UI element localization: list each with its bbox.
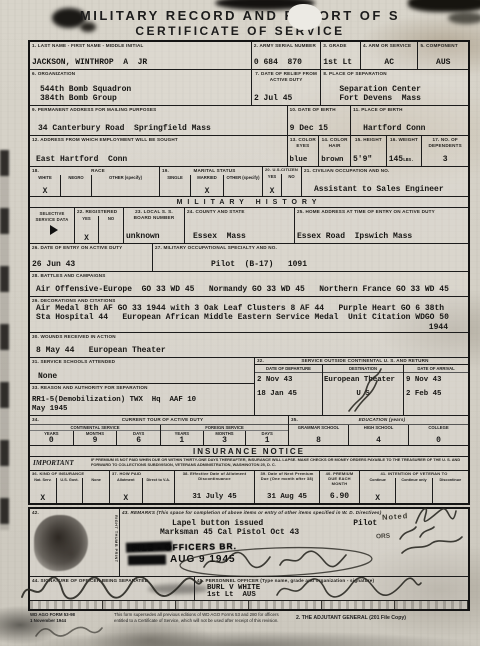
f39-label: 39. Date of Next Premium Due (One month …	[257, 472, 317, 482]
f2-label: 2. ARMY SERIAL NUMBER	[254, 43, 318, 49]
f21-label: 21. CIVILIAN OCCUPATION AND NO.	[304, 168, 466, 174]
f8-value-1: Separation Center	[323, 85, 466, 95]
f11-value: Hartford Conn	[353, 124, 466, 134]
field-31-33-group: 31. SERVICE SCHOOLS ATTENDED None 33. RE…	[30, 358, 255, 415]
selective-service-arrow-icon	[50, 225, 58, 235]
field-decorations: 29. DECORATIONS AND CITATIONS Air Medal …	[30, 297, 468, 332]
for-days: DAYS1	[246, 431, 288, 445]
f8-label: 8. PLACE OF SEPARATION	[323, 71, 466, 77]
marital-married-mark: X	[192, 187, 222, 196]
f26-label: 26. DATE OF ENTRY ON ACTIVE DUTY	[32, 245, 150, 251]
f25-value: Essex Road Ipswich Mass	[297, 232, 466, 242]
file-officers-stamp: FILE - OFFICERS BR.	[132, 541, 237, 553]
registered-yes: YES X	[75, 216, 99, 244]
field-employment-address: 12. ADDRESS FROM WHICH EMPLOYMENT WILL B…	[30, 136, 288, 166]
f42-thumb-label: RIGHT THUMB PRINT	[114, 515, 118, 563]
marital-married-label: MARRIED	[192, 175, 222, 180]
field-organization: 6. ORGANIZATION 544th Bomb Squadron 384t…	[30, 70, 252, 105]
f21-value: Assistant to Sales Engineer	[304, 185, 466, 195]
f19-label: 19.	[162, 168, 169, 174]
field-component: 5. COMPONENT AUS	[418, 42, 468, 69]
f6-label: 6. ORGANIZATION	[32, 71, 249, 77]
form-main: 1. LAST NAME - FIRST NAME - MIDDLE INITI…	[28, 40, 470, 505]
field-current-tour: 34. CURRENT TOUR OF ACTIVE DUTY CONTINEN…	[30, 416, 289, 445]
f6-value-2: 384th Bomb Group	[32, 94, 249, 104]
f14-value: brown	[321, 156, 348, 165]
f9-value: 34 Canterbury Road Springfield Mass	[32, 124, 285, 134]
section-military-history: MILITARY HISTORY	[30, 197, 468, 208]
field-color-eyes: 13. COLOR EYES blue	[288, 136, 320, 166]
marital-other: OTHER (specify)	[224, 175, 262, 197]
f39-value: 31 Aug 45	[257, 493, 317, 502]
field-remarks: 43. REMARKS (This space for completion o…	[120, 509, 468, 576]
continental-service: CONTINENTAL SERVICE YEARS0 MONTHS9 DAYS6	[30, 425, 161, 446]
bottom-left-handwriting	[34, 622, 104, 646]
title-line-2: CERTIFICATE OF SERVICE	[0, 24, 480, 38]
cont-months: MONTHS9	[74, 431, 118, 445]
field-height: 15. HEIGHT 5'9"	[351, 136, 387, 166]
edu-college: COLLEGE0	[409, 425, 468, 446]
f32-departure-1: 2 Nov 43	[255, 373, 322, 385]
f11-label: 11. PLACE OF BIRTH	[353, 107, 466, 113]
intent-continue-label: Continue	[361, 478, 394, 483]
f29-line-1: Air Medal 8th AF GO 33 1944 with 3 Oak L…	[32, 304, 466, 314]
f44-label: 44. SIGNATURE OF OFFICER BEING SEPARATED	[32, 578, 192, 584]
f5-value: AUS	[420, 58, 466, 68]
ins-none-label: None	[84, 478, 108, 483]
field-battles-campaigns: 28. BATTLES AND CAMPAIGNS Air Offensive-…	[30, 272, 468, 296]
field-color-hair: 14. COLOR HAIR brown	[319, 136, 351, 166]
for-days-label: DAYS	[247, 431, 287, 436]
field-weight: 16. WEIGHT 145LBS.	[387, 136, 423, 166]
f34-label: 34.	[32, 417, 39, 423]
f7-value: 2 Jul 45	[254, 94, 318, 104]
field-wounds: 30. WOUNDS RECEIVED IN ACTION 8 May 44 E…	[30, 333, 468, 357]
f40-label: 40. PREMIUM DUE EACH MONTH	[322, 472, 357, 486]
f34-title: CURRENT TOUR OF ACTIVE DUTY	[39, 417, 286, 423]
date-received-stamp: AUG 9 1945	[170, 554, 236, 565]
f32-destination-1: European Theater	[323, 373, 403, 385]
form-number: WD AGO FORM 53-98 1 November 1944	[30, 612, 102, 623]
f32-departure-2: 18 Jan 45	[255, 384, 322, 399]
edu-college-label: COLLEGE	[410, 425, 467, 430]
f13-value: blue	[290, 156, 317, 165]
f24-value: Essex Mass	[187, 232, 292, 242]
noted-stamp: Noted	[382, 511, 409, 522]
field-service-outside: 32. SERVICE OUTSIDE CONTINENTAL U. S. AN…	[255, 358, 468, 415]
thumbprint-image	[34, 515, 88, 571]
cont-years: YEARS0	[30, 431, 74, 445]
sel-label: SELECTIVE SERVICE DATA	[32, 211, 72, 221]
citizen-yes-mark: X	[264, 187, 280, 196]
for-months-value: 3	[205, 436, 245, 445]
destination-column: DESTINATION European Theater U S	[323, 365, 404, 416]
f4-label: 4. ARM OR SERVICE	[363, 43, 416, 49]
intent-continue-mark: X	[361, 494, 394, 503]
field-date-entry-active-duty: 26. DATE OF ENTRY ON ACTIVE DUTY 26 Jun …	[30, 244, 153, 271]
field-local-board: 23. LOCAL S. S. BOARD NUMBER unknown	[124, 208, 185, 243]
f13-label: 13. COLOR EYES	[290, 137, 317, 148]
edu-high-label: HIGH SCHOOL	[350, 425, 407, 430]
f20-label: 20. U.S.CITIZEN	[265, 168, 298, 173]
field-grade: 3. GRADE 1st Lt	[321, 42, 361, 69]
for-years-label: YEARS	[162, 431, 202, 436]
ins-nat-serv: Nat. Serv.X	[30, 478, 57, 503]
edu-grammar-value: 8	[290, 436, 347, 445]
f26-value: 26 Jun 43	[32, 260, 150, 270]
f33-value-1: RR1-5(Demobilization) TWX Hq AAF 10	[32, 396, 252, 405]
f29-line-3: 1944	[32, 323, 466, 333]
cont-months-value: 9	[75, 436, 116, 445]
f24-label: 24. COUNTY AND STATE	[187, 209, 292, 215]
cont-days: DAYS6	[117, 431, 160, 445]
race-other-label: OTHER (specify)	[93, 175, 158, 180]
scan-edge-artifact	[0, 150, 9, 530]
citizen-no: NO	[282, 174, 301, 196]
f35-title: EDUCATION (years)	[298, 417, 466, 423]
f12-value: East Hartford Conn	[32, 155, 285, 165]
f2-value: 0 684 870	[254, 58, 318, 68]
f27-label: 27. MILITARY OCCUPATIONAL SPECIALTY AND …	[155, 245, 466, 251]
cont-days-label: DAYS	[118, 431, 159, 436]
edu-high: HIGH SCHOOL4	[349, 425, 409, 446]
f5-label: 5. COMPONENT	[420, 43, 466, 49]
f38-label: 38. Effective Date of Allotment Disconti…	[177, 472, 252, 482]
f42-label: 42.	[32, 510, 117, 516]
f23-label: 23. LOCAL S. S. BOARD NUMBER	[126, 209, 182, 220]
foreign-service: FOREIGN SERVICE YEARS1 MONTHS3 DAYS1	[161, 425, 288, 446]
paid-allotment-label: Allotment	[111, 478, 141, 483]
citizen-yes-label: YES	[264, 174, 280, 179]
field-dependents: 17. NO. OF DEPENDENTS 3	[422, 136, 468, 166]
ink-smear	[128, 555, 166, 566]
f28-label: 28. BATTLES AND CAMPAIGNS	[32, 273, 466, 279]
scanned-separation-document: MILITARY RECORD AND REPORT OF S CERTIFIC…	[0, 0, 480, 646]
form-lower: 42. RIGHT THUMB PRINT 43. REMARKS (This …	[28, 507, 470, 611]
for-years-value: 1	[162, 436, 202, 445]
field-race: 18. RACE WHITE X NEGRO OTHER (specify)	[30, 167, 160, 196]
f1-value: JACKSON, WINTHROP A JR	[32, 58, 249, 68]
field-home-address-entry: 25. HOME ADDRESS AT TIME OF ENTRY ON ACT…	[295, 208, 468, 243]
important-label: IMPORTANT	[33, 459, 91, 469]
strip-cell	[30, 601, 103, 609]
f18-title: RACE	[39, 168, 157, 174]
footer-note: This form supersedes all previous editio…	[114, 612, 282, 623]
f23-value: unknown	[126, 232, 182, 242]
field-mos: 27. MILITARY OCCUPATIONAL SPECIALTY AND …	[153, 244, 468, 271]
f10-value: 9 Dec 15	[290, 124, 348, 134]
intent-discontinue-label: Discontinue	[434, 478, 467, 483]
f43-line-1b: Pilot	[263, 519, 377, 529]
fine-print-strip	[30, 601, 468, 609]
f15-value: 5'9"	[353, 155, 384, 165]
cont-months-label: MONTHS	[75, 431, 116, 436]
race-other: OTHER (specify)	[92, 175, 159, 197]
paid-direct-label: Direct to V.A.	[144, 478, 174, 483]
race-negro: NEGRO	[61, 175, 92, 197]
f36-label: 36. KIND OF INSURANCE	[32, 472, 84, 477]
paid-direct: Direct to V.A.	[143, 478, 175, 503]
registered-no-label: NO	[100, 216, 122, 221]
edu-grammar-label: GRAMMAR SCHOOL	[290, 425, 347, 430]
f22-label: 22. REGISTERED	[77, 209, 117, 215]
f32-label: 32.	[257, 358, 264, 364]
marital-married: MARRIED X	[191, 175, 224, 197]
f8-value-2: Fort Devens Mass	[323, 94, 466, 104]
registered-yes-mark: X	[76, 234, 97, 243]
footer-copy-designation: 2. THE ADJUTANT GENERAL (201 File Copy)	[296, 615, 406, 623]
cont-years-label: YEARS	[31, 431, 72, 436]
f32-arrival-2: 2 Feb 45	[404, 384, 468, 399]
document-title: MILITARY RECORD AND REPORT OF S CERTIFIC…	[0, 8, 480, 38]
f33-value-2: May 1945	[32, 405, 252, 414]
f17-value: 3	[424, 155, 466, 165]
field-education: 35. EDUCATION (years) GRAMMAR SCHOOL8 HI…	[289, 416, 468, 445]
field-place-of-separation: 8. PLACE OF SEPARATION Separation Center…	[321, 70, 468, 105]
f19-title: MARITAL STATUS	[169, 168, 260, 174]
f32-col2-header: DESTINATION	[323, 365, 403, 373]
f14-label: 14. COLOR HAIR	[321, 137, 348, 148]
field-date-of-relief: 7. DATE OF RELIEF FROM ACTIVE DUTY 2 Jul…	[252, 70, 321, 105]
race-white-mark: X	[31, 187, 59, 196]
race-white-label: WHITE	[31, 175, 59, 180]
f32-destination-2: U S	[323, 384, 403, 399]
field-how-paid: 37. HOW PAID AllotmentX Direct to V.A.	[110, 471, 175, 503]
f43-line-1: Lapel button issued	[122, 519, 263, 529]
f4-value: AC	[363, 58, 416, 68]
field-service-schools: 31. SERVICE SCHOOLS ATTENDED None	[30, 358, 254, 384]
cont-days-value: 6	[118, 436, 159, 445]
ins-us-govt-label: U.S. Govt.	[58, 478, 82, 483]
f12-label: 12. ADDRESS FROM WHICH EMPLOYMENT WILL B…	[32, 137, 285, 143]
for-days-value: 1	[247, 436, 287, 445]
ins-us-govt: U.S. Govt.	[57, 478, 84, 503]
f32-arrival-1: 9 Nov 43	[404, 373, 468, 385]
strip-cell	[103, 601, 176, 609]
field-reason-separation: 33. REASON AND AUTHORITY FOR SEPARATION …	[30, 384, 254, 415]
for-years: YEARS1	[161, 431, 204, 445]
marital-single-label: SINGLE	[161, 175, 189, 180]
important-text: IF PREMIUM IS NOT PAID WHEN DUE OR WITHI…	[91, 458, 465, 469]
strip-cell	[176, 601, 249, 609]
section-insurance-notice: INSURANCE NOTICE	[30, 446, 468, 457]
form-footer: WD AGO FORM 53-98 1 November 1944 This f…	[30, 612, 468, 623]
insurance-important-notice: IMPORTANT IF PREMIUM IS NOT PAID WHEN DU…	[30, 457, 468, 471]
f40-value: 6.90	[322, 492, 357, 502]
f29-line-2: Sta Hospital 44 European African Middle …	[32, 313, 466, 323]
f32-col1-header: DATE OF DEPARTURE	[255, 365, 322, 373]
f18-label: 18.	[32, 168, 39, 174]
f41-label: 41. INTENTION OF VETERAN TO	[362, 472, 466, 477]
edu-grammar: GRAMMAR SCHOOL8	[289, 425, 349, 446]
f43-line-2: Marksman 45 Cal Pistol Oct 43	[122, 528, 466, 538]
f28-value: Air Offensive-Europe GO 33 WD 45 Normand…	[32, 285, 466, 295]
field-county-state: 24. COUNTY AND STATE Essex Mass	[185, 208, 295, 243]
f17-label: 17. NO. OF DEPENDENTS	[424, 137, 466, 148]
f37-label: 37. HOW PAID	[112, 472, 141, 477]
title-line-1: MILITARY RECORD AND REPORT OF S	[0, 8, 480, 23]
field-last-name: 1. LAST NAME - FIRST NAME - MIDDLE INITI…	[30, 42, 252, 69]
race-negro-label: NEGRO	[62, 175, 90, 180]
citizen-no-label: NO	[283, 174, 300, 179]
ins-nat-serv-mark: X	[31, 494, 55, 503]
field-allotment-discontinuance: 38. Effective Date of Allotment Disconti…	[175, 471, 255, 503]
f16-number: 145	[389, 155, 403, 164]
ors-stamp: ORS	[376, 533, 390, 541]
ins-none: None	[83, 478, 109, 503]
f9-label: 9. PERMANENT ADDRESS FOR MAILING PURPOSE…	[32, 107, 285, 113]
f7-label: 7. DATE OF RELIEF FROM ACTIVE DUTY	[254, 71, 318, 82]
intent-continue: ContinueX	[360, 478, 396, 503]
field-permanent-address: 9. PERMANENT ADDRESS FOR MAILING PURPOSE…	[30, 106, 288, 135]
for-months-label: MONTHS	[205, 431, 245, 436]
f15-label: 15. HEIGHT	[353, 137, 384, 143]
field-thumb-print: 42. RIGHT THUMB PRINT	[30, 509, 120, 576]
field-kind-of-insurance: 36. KIND OF INSURANCE Nat. Serv.X U.S. G…	[30, 471, 110, 503]
citizen-yes: YES X	[263, 174, 282, 196]
strip-cell	[395, 601, 468, 609]
strip-cell	[322, 601, 395, 609]
f32-title: SERVICE OUTSIDE CONTINENTAL U. S. AND RE…	[264, 358, 466, 364]
field-civilian-occupation: 21. CIVILIAN OCCUPATION AND NO. Assistan…	[302, 167, 468, 196]
ins-nat-serv-label: Nat. Serv.	[31, 478, 55, 483]
field-personnel-officer: 45. PERSONNEL OFFICER (Type name, grade …	[195, 577, 468, 600]
for-months: MONTHS3	[204, 431, 247, 445]
f45-grade: 1st Lt AUS	[197, 591, 466, 600]
cont-years-value: 0	[31, 436, 72, 445]
registered-yes-label: YES	[76, 216, 97, 221]
field-separatee-signature: 44. SIGNATURE OF OFFICER BEING SEPARATED	[30, 577, 195, 600]
field-place-of-birth: 11. PLACE OF BIRTH Hartford Conn	[351, 106, 468, 135]
field-date-of-birth: 10. DATE OF BIRTH 9 Dec 15	[288, 106, 351, 135]
edu-college-value: 0	[410, 436, 467, 445]
field-serial-number: 2. ARMY SERIAL NUMBER 0 684 870	[252, 42, 321, 69]
f31-value: None	[32, 372, 252, 382]
field-premium-due: 40. PREMIUM DUE EACH MONTH 6.90	[320, 471, 360, 503]
f10-label: 10. DATE OF BIRTH	[290, 107, 348, 113]
f25-label: 25. HOME ADDRESS AT TIME OF ENTRY ON ACT…	[297, 209, 466, 215]
marital-single: SINGLE	[160, 175, 191, 197]
f6-value-1: 544th Bomb Squadron	[32, 85, 249, 95]
f33-label: 33. REASON AND AUTHORITY FOR SEPARATION	[32, 385, 252, 391]
departure-column: DATE OF DEPARTURE 2 Nov 43 18 Jan 45	[255, 365, 323, 416]
paid-allotment: AllotmentX	[110, 478, 143, 503]
arrival-column: DATE OF ARRIVAL 9 Nov 43 2 Feb 45	[404, 365, 468, 416]
paid-allotment-mark: X	[111, 494, 141, 503]
f30-value: 8 May 44 European Theater	[32, 346, 466, 356]
f30-label: 30. WOUNDS RECEIVED IN ACTION	[32, 334, 466, 340]
f3-label: 3. GRADE	[323, 43, 358, 49]
f35-label: 35.	[291, 417, 298, 423]
f16-value: 145LBS.	[389, 155, 420, 165]
field-registered: 22. REGISTERED YES X NO	[75, 208, 124, 243]
f1-label: 1. LAST NAME - FIRST NAME - MIDDLE INITI…	[32, 43, 249, 49]
f3-value: 1st Lt	[323, 58, 358, 68]
f16-label: 16. WEIGHT	[389, 137, 420, 143]
registered-no: NO	[99, 216, 123, 244]
selective-service-data: SELECTIVE SERVICE DATA	[30, 208, 75, 243]
field-veteran-intention: 41. INTENTION OF VETERAN TO ContinueX Co…	[360, 471, 468, 503]
intent-continue-only-label: Continue only	[397, 478, 430, 483]
f38-value: 31 July 45	[177, 493, 252, 502]
edu-high-value: 4	[350, 436, 407, 445]
field-next-premium-due: 39. Date of Next Premium Due (One month …	[255, 471, 320, 503]
f32-col3-header: DATE OF ARRIVAL	[404, 365, 468, 373]
form-number-line-2: 1 November 1944	[30, 618, 102, 624]
race-white: WHITE X	[30, 175, 61, 197]
f31-label: 31. SERVICE SCHOOLS ATTENDED	[32, 359, 252, 365]
strip-cell	[249, 601, 322, 609]
marital-other-label: OTHER (specify)	[225, 175, 261, 180]
f16-unit: LBS.	[403, 158, 414, 163]
field-marital-status: 19. MARITAL STATUS SINGLE MARRIED X OTHE…	[160, 167, 263, 196]
intent-discontinue: Discontinue	[433, 478, 468, 503]
field-arm-service: 4. ARM OR SERVICE AC	[361, 42, 419, 69]
f27-value: Pilot (B-17) 1091	[155, 260, 466, 270]
field-us-citizen: 20. U.S.CITIZEN YES X NO	[263, 167, 302, 196]
intent-continue-only: Continue only	[396, 478, 432, 503]
